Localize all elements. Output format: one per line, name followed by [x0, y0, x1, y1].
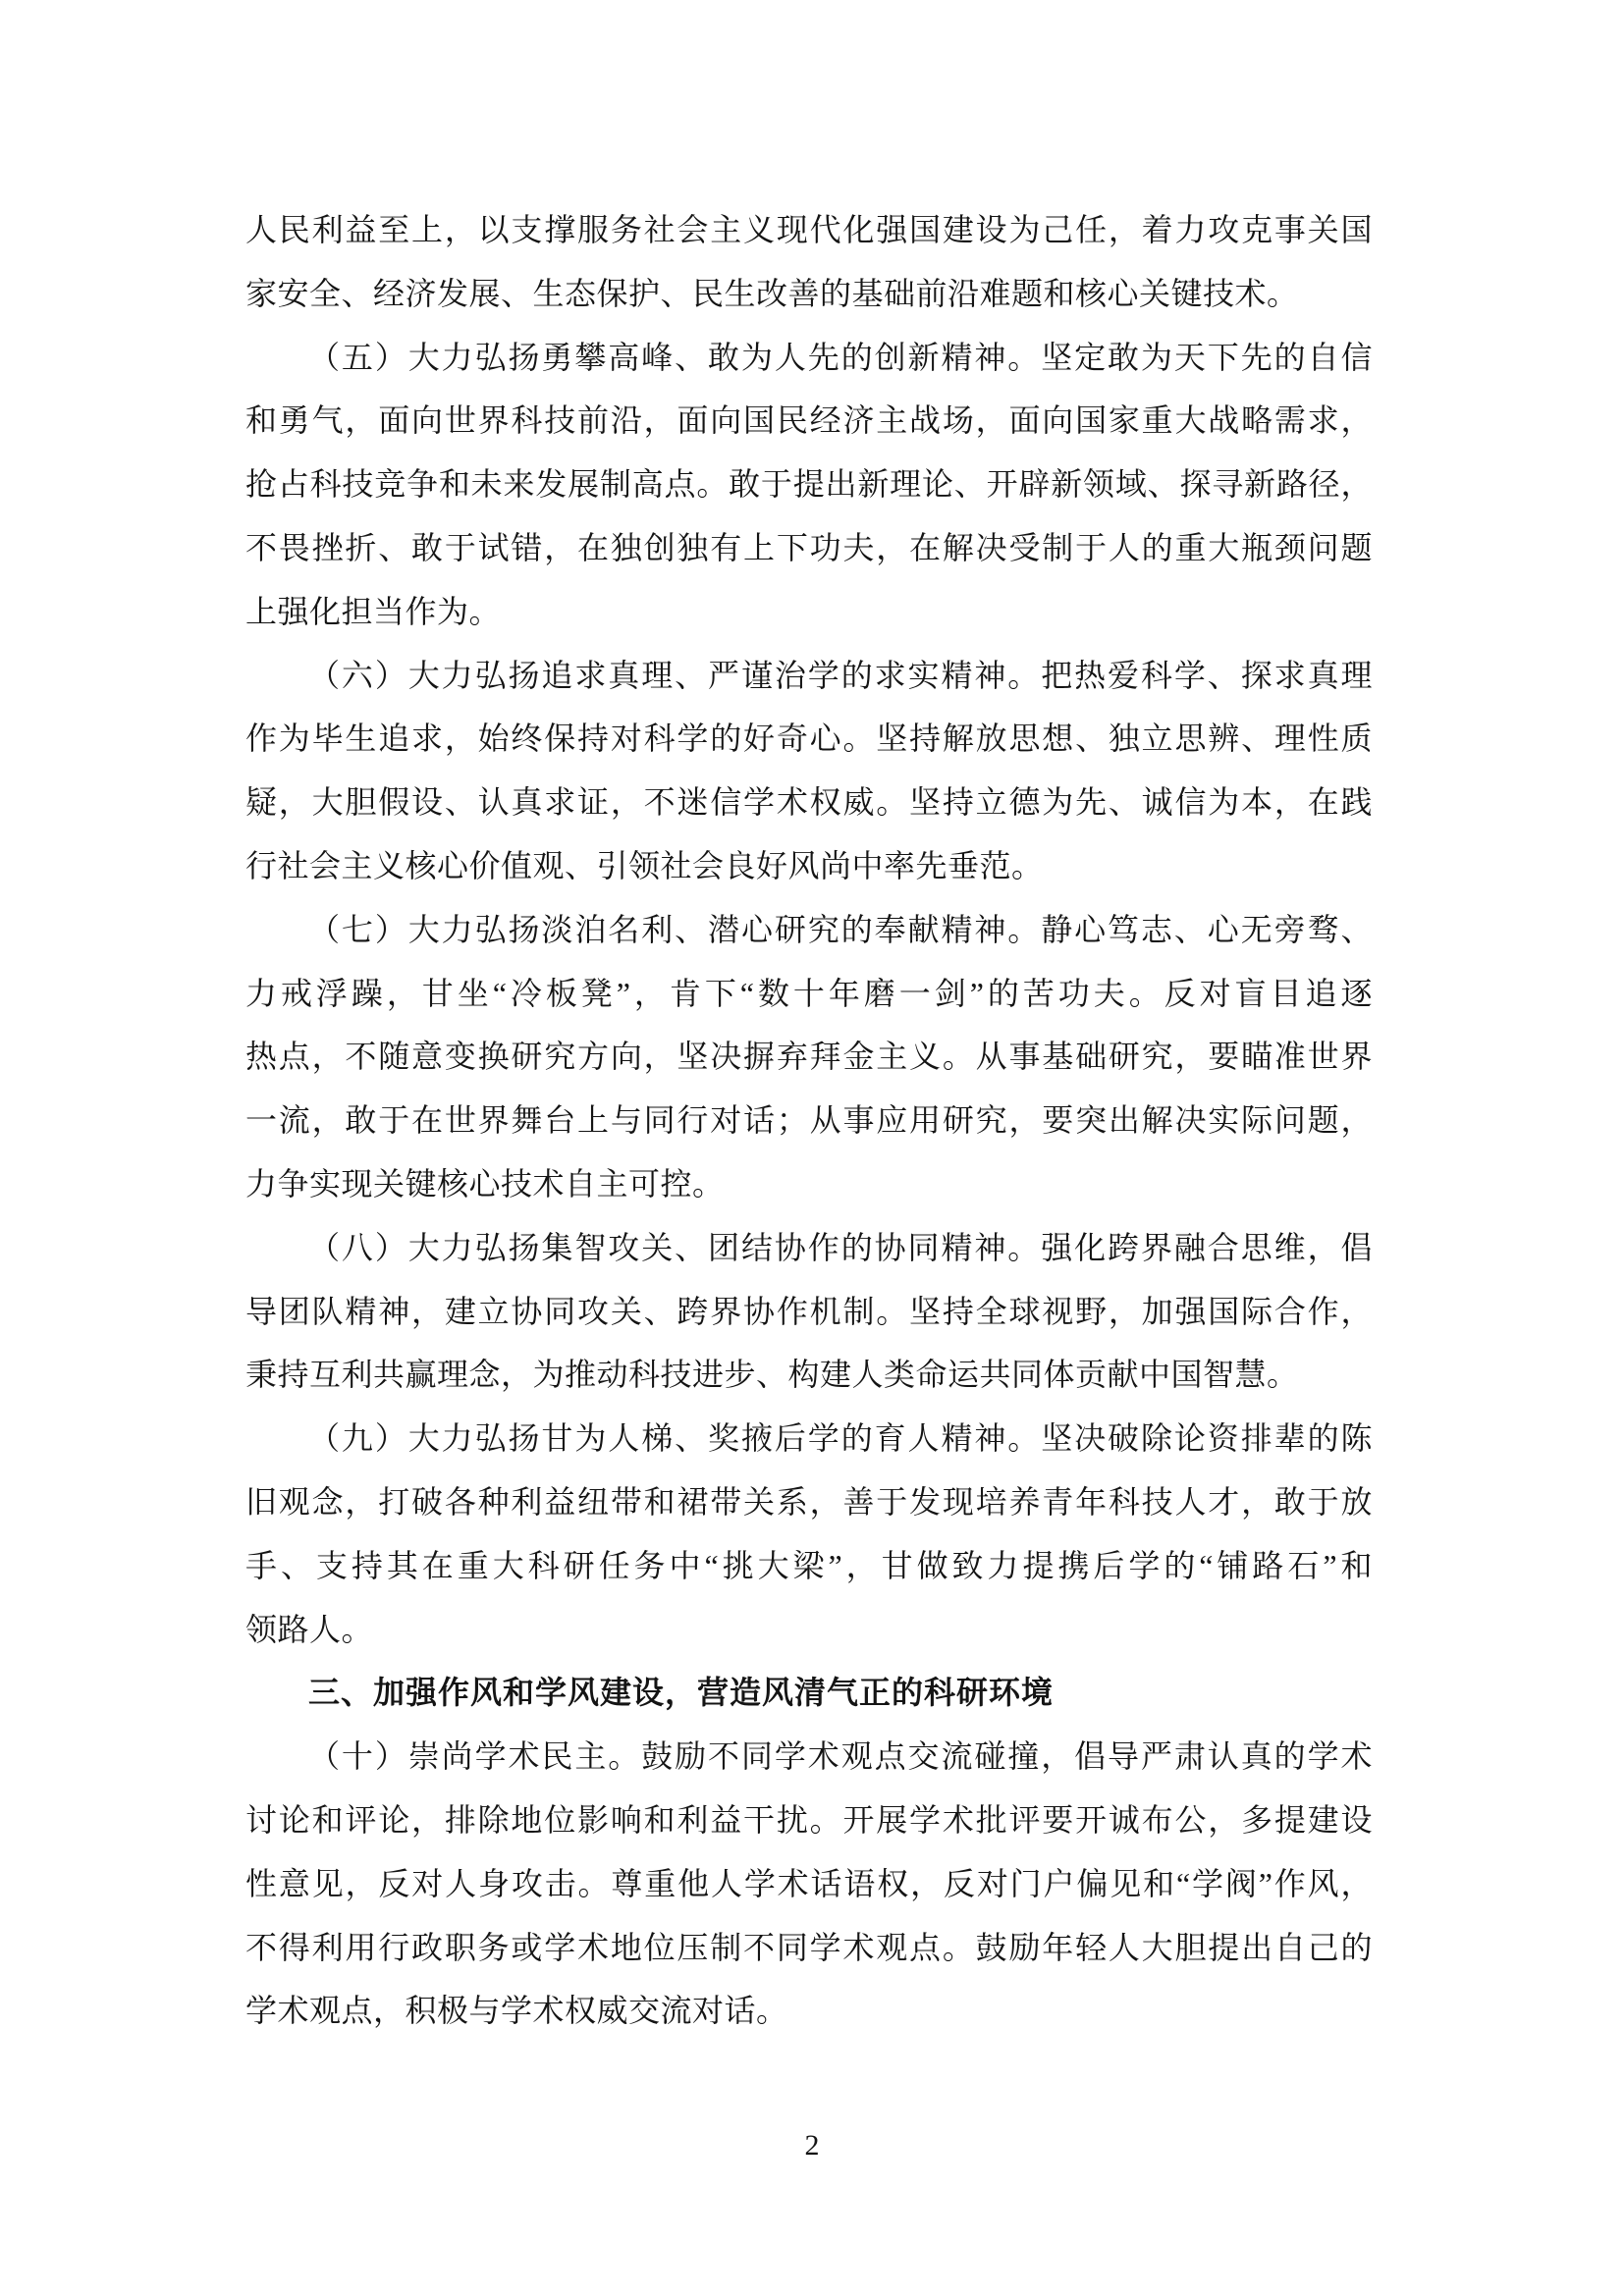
paragraph: （六）大力弘扬追求真理、严谨治学的求实精神。把热爱科学、探求真理作为毕生追求，始… [245, 644, 1373, 898]
text-line: 人民利益至上，以支撑服务社会主义现代化强国建设为己任，着力攻克事关国 [245, 198, 1373, 262]
section-heading: 三、加强作风和学风建设，营造风清气正的科研环境 [245, 1661, 1373, 1725]
text-line: 力戒浮躁，甘坐“冷板凳”，肯下“数十年磨一剑”的苦功夫。反对盲目追逐 [245, 962, 1373, 1026]
text-line: 疑，大胆假设、认真求证，不迷信学术权威。坚持立德为先、诚信为本，在践 [245, 771, 1373, 834]
text-line: （七）大力弘扬淡泊名利、潜心研究的奉献精神。静心笃志、心无旁骛、 [245, 898, 1373, 962]
text-line: 作为毕生追求，始终保持对科学的好奇心。坚持解放思想、独立思辨、理性质 [245, 707, 1373, 771]
document-body: 人民利益至上，以支撑服务社会主义现代化强国建设为己任，着力攻克事关国家安全、经济… [245, 198, 1373, 2043]
text-line: 旧观念，打破各种利益纽带和裙带关系，善于发现培养青年科技人才，敢于放 [245, 1470, 1373, 1534]
text-line: 力争实现关键核心技术自主可控。 [245, 1152, 1373, 1216]
text-line: 不畏挫折、敢于试错，在独创独有上下功夫，在解决受制于人的重大瓶颈问题 [245, 516, 1373, 580]
heading-line: 三、加强作风和学风建设，营造风清气正的科研环境 [245, 1661, 1373, 1725]
text-line: 学术观点，积极与学术权威交流对话。 [245, 1979, 1373, 2043]
text-line: 秉持互利共赢理念，为推动科技进步、构建人类命运共同体贡献中国智慧。 [245, 1343, 1373, 1407]
text-line: （五）大力弘扬勇攀高峰、敢为人先的创新精神。坚定敢为天下先的自信 [245, 326, 1373, 390]
paragraph: （五）大力弘扬勇攀高峰、敢为人先的创新精神。坚定敢为天下先的自信和勇气，面向世界… [245, 326, 1373, 644]
text-line: 手、支持其在重大科研任务中“挑大梁”，甘做致力提携后学的“铺路石”和 [245, 1534, 1373, 1598]
text-line: 讨论和评论，排除地位影响和利益干扰。开展学术批评要开诚布公，多提建设 [245, 1789, 1373, 1852]
text-line: 热点，不随意变换研究方向，坚决摒弃拜金主义。从事基础研究，要瞄准世界 [245, 1025, 1373, 1089]
text-line: （六）大力弘扬追求真理、严谨治学的求实精神。把热爱科学、探求真理 [245, 644, 1373, 708]
paragraph: （十）崇尚学术民主。鼓励不同学术观点交流碰撞，倡导严肃认真的学术讨论和评论，排除… [245, 1725, 1373, 2043]
paragraph: （九）大力弘扬甘为人梯、奖掖后学的育人精神。坚决破除论资排辈的陈旧观念，打破各种… [245, 1407, 1373, 1661]
text-line: 抢占科技竞争和未来发展制高点。敢于提出新理论、开辟新领域、探寻新路径， [245, 453, 1373, 516]
document-page: 人民利益至上，以支撑服务社会主义现代化强国建设为己任，着力攻克事关国家安全、经济… [0, 0, 1624, 2296]
text-line: 一流，敢于在世界舞台上与同行对话；从事应用研究，要突出解决实际问题， [245, 1089, 1373, 1152]
paragraph: （八）大力弘扬集智攻关、团结协作的协同精神。强化跨界融合思维，倡导团队精神，建立… [245, 1216, 1373, 1407]
paragraph: （七）大力弘扬淡泊名利、潜心研究的奉献精神。静心笃志、心无旁骛、力戒浮躁，甘坐“… [245, 898, 1373, 1216]
paragraph: 人民利益至上，以支撑服务社会主义现代化强国建设为己任，着力攻克事关国家安全、经济… [245, 198, 1373, 326]
text-line: 导团队精神，建立协同攻关、跨界协作机制。坚持全球视野，加强国际合作， [245, 1280, 1373, 1344]
text-line: 性意见，反对人身攻击。尊重他人学术话语权，反对门户偏见和“学阀”作风， [245, 1852, 1373, 1916]
text-line: （十）崇尚学术民主。鼓励不同学术观点交流碰撞，倡导严肃认真的学术 [245, 1725, 1373, 1789]
text-line: （九）大力弘扬甘为人梯、奖掖后学的育人精神。坚决破除论资排辈的陈 [245, 1407, 1373, 1470]
text-line: 不得利用行政职务或学术地位压制不同学术观点。鼓励年轻人大胆提出自己的 [245, 1916, 1373, 1980]
text-line: 和勇气，面向世界科技前沿，面向国民经济主战场，面向国家重大战略需求， [245, 389, 1373, 453]
text-line: （八）大力弘扬集智攻关、团结协作的协同精神。强化跨界融合思维，倡 [245, 1216, 1373, 1280]
page-number: 2 [0, 2128, 1624, 2163]
text-line: 家安全、经济发展、生态保护、民生改善的基础前沿难题和核心关键技术。 [245, 262, 1373, 326]
text-line: 行社会主义核心价值观、引领社会良好风尚中率先垂范。 [245, 834, 1373, 898]
text-line: 上强化担当作为。 [245, 580, 1373, 644]
text-line: 领路人。 [245, 1598, 1373, 1662]
